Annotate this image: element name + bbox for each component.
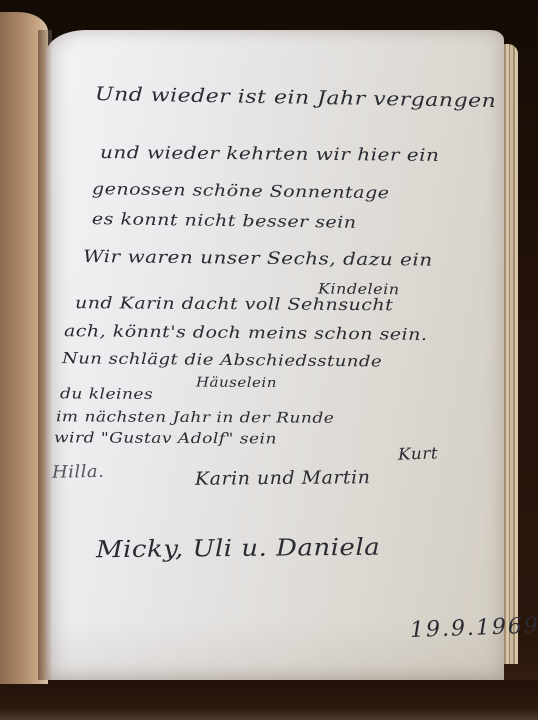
poem-line-7: ach, könnt's doch meins schon sein.: [64, 322, 428, 345]
poem-line-9: du kleines: [60, 386, 153, 404]
guestbook-photo: Und wieder ist ein Jahr vergangen und wi…: [0, 0, 538, 720]
entry-date: 19.9.1969: [410, 613, 538, 643]
poem-line-5: Wir waren unser Sechs, dazu ein: [83, 246, 433, 270]
poem-line-11: wird "Gustav Adolf" sein: [54, 430, 277, 448]
signature-kurt: Kurt: [398, 444, 439, 464]
poem-line-9-insert: Häuselein: [196, 374, 277, 391]
signature-hilla: Hilla.: [52, 462, 105, 483]
table-edge: [0, 680, 538, 720]
poem-line-8: Nun schlägt die Abschiedsstunde: [62, 350, 382, 371]
poem-line-2: und wieder kehrten wir hier ein: [100, 142, 440, 165]
signature-micky-uli-daniela: Micky, Uli u. Daniela: [96, 534, 380, 563]
signature-karin-martin: Karin und Martin: [195, 467, 371, 489]
poem-line-10: im nächsten Jahr in der Runde: [56, 409, 334, 427]
poem-line-6: und Karin dacht voll Sehnsucht: [75, 294, 393, 315]
poem-line-4: es konnt nicht besser sein: [92, 210, 357, 232]
book-gutter: [38, 30, 52, 680]
